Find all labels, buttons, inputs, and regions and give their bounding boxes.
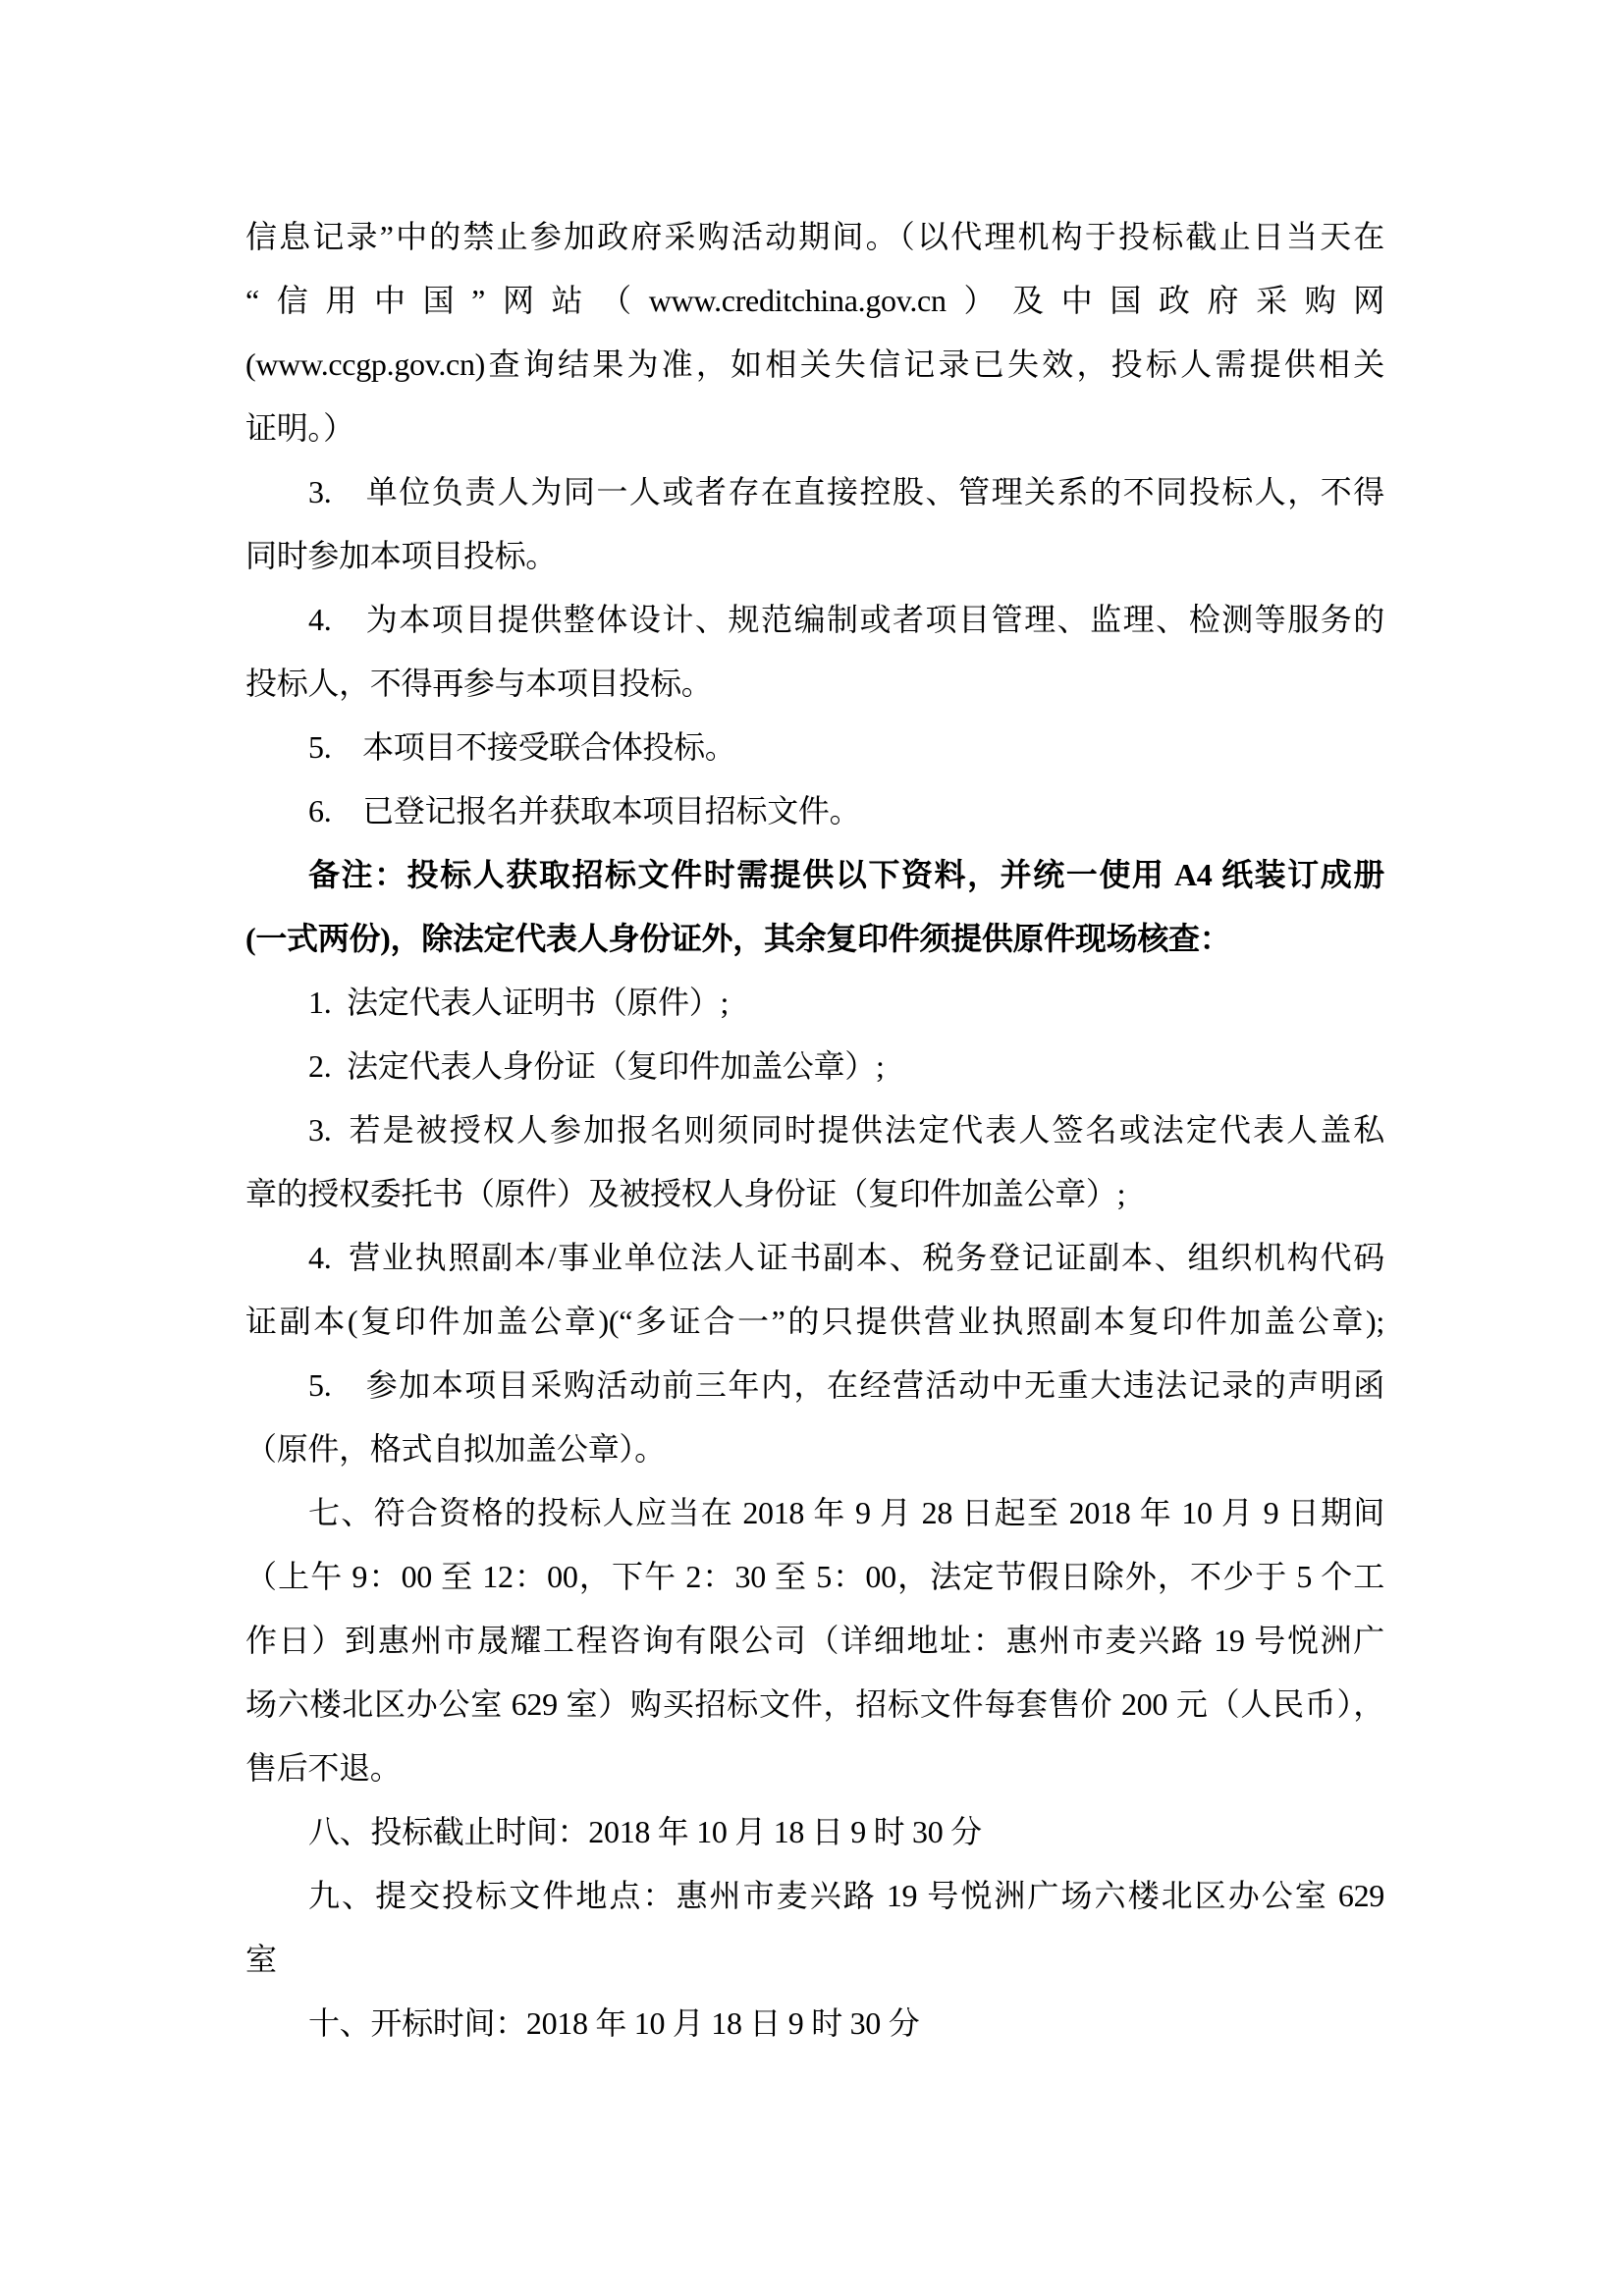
text-line: 4. 营业执照副本/事业单位法人证书副本、税务登记证副本、组织机构代码: [245, 1226, 1384, 1290]
text-line: 八、投标截止时间：2018 年 10 月 18 日 9 时 30 分: [245, 1800, 1384, 1864]
text-line: “信用中国”网站（www.creditchina.gov.cn）及中国政府采购网: [245, 269, 1384, 333]
text-line: 九、提交投标文件地点：惠州市麦兴路 19 号悦洲广场六楼北区办公室 629: [245, 1864, 1384, 1928]
text-line: 3. 若是被授权人参加报名则须同时提供法定代表人签名或法定代表人盖私: [245, 1098, 1384, 1162]
text-line: 投标人，不得再参与本项目投标。: [245, 652, 1384, 716]
text-line: 信息记录”中的禁止参加政府采购活动期间。（以代理机构于投标截止日当天在: [245, 205, 1384, 269]
text-line: 4. 为本项目提供整体设计、规范编制或者项目管理、监理、检测等服务的: [245, 588, 1384, 652]
text-line: 同时参加本项目投标。: [245, 524, 1384, 588]
text-line: （上午 9：00 至 12：00，下午 2：30 至 5：00，法定节假日除外，…: [245, 1545, 1384, 1609]
text-line: 1. 法定代表人证明书（原件）;: [245, 971, 1384, 1035]
text-line: 备注：投标人获取招标文件时需提供以下资料，并统一使用 A4 纸装订成册: [245, 843, 1384, 907]
text-line: 6. 已登记报名并获取本项目招标文件。: [245, 779, 1384, 843]
text-line: 作日）到惠州市晟耀工程咨询有限公司（详细地址：惠州市麦兴路 19 号悦洲广: [245, 1609, 1384, 1673]
document-text-block: 信息记录”中的禁止参加政府采购活动期间。（以代理机构于投标截止日当天在“信用中国…: [245, 205, 1384, 2056]
text-line: 章的授权委托书（原件）及被授权人身份证（复印件加盖公章）;: [245, 1162, 1384, 1226]
text-line: 售后不退。: [245, 1736, 1384, 1800]
text-line: (一式两份)，除法定代表人身份证外，其余复印件须提供原件现场核查：: [245, 907, 1384, 971]
text-line: 七、符合资格的投标人应当在 2018 年 9 月 28 日起至 2018 年 1…: [245, 1481, 1384, 1545]
text-line: 证明。）: [245, 397, 1384, 460]
document-page: 信息记录”中的禁止参加政府采购活动期间。（以代理机构于投标截止日当天在“信用中国…: [0, 0, 1624, 2296]
text-line: 十、开标时间：2018 年 10 月 18 日 9 时 30 分: [245, 1992, 1384, 2056]
text-line: 5. 本项目不接受联合体投标。: [245, 716, 1384, 779]
text-line: 5. 参加本项目采购活动前三年内，在经营活动中无重大违法记录的声明函: [245, 1354, 1384, 1417]
text-line: 室: [245, 1928, 1384, 1992]
text-line: 场六楼北区办公室 629 室）购买招标文件，招标文件每套售价 200 元（人民币…: [245, 1673, 1384, 1736]
text-line: 证副本(复印件加盖公章)(“多证合一”的只提供营业执照副本复印件加盖公章);: [245, 1290, 1384, 1354]
text-line: 3. 单位负责人为同一人或者存在直接控股、管理关系的不同投标人，不得: [245, 460, 1384, 524]
text-line: （原件，格式自拟加盖公章）。: [245, 1417, 1384, 1481]
text-line: 2. 法定代表人身份证（复印件加盖公章）;: [245, 1035, 1384, 1098]
text-line: (www.ccgp.gov.cn)查询结果为准，如相关失信记录已失效，投标人需提…: [245, 333, 1384, 397]
